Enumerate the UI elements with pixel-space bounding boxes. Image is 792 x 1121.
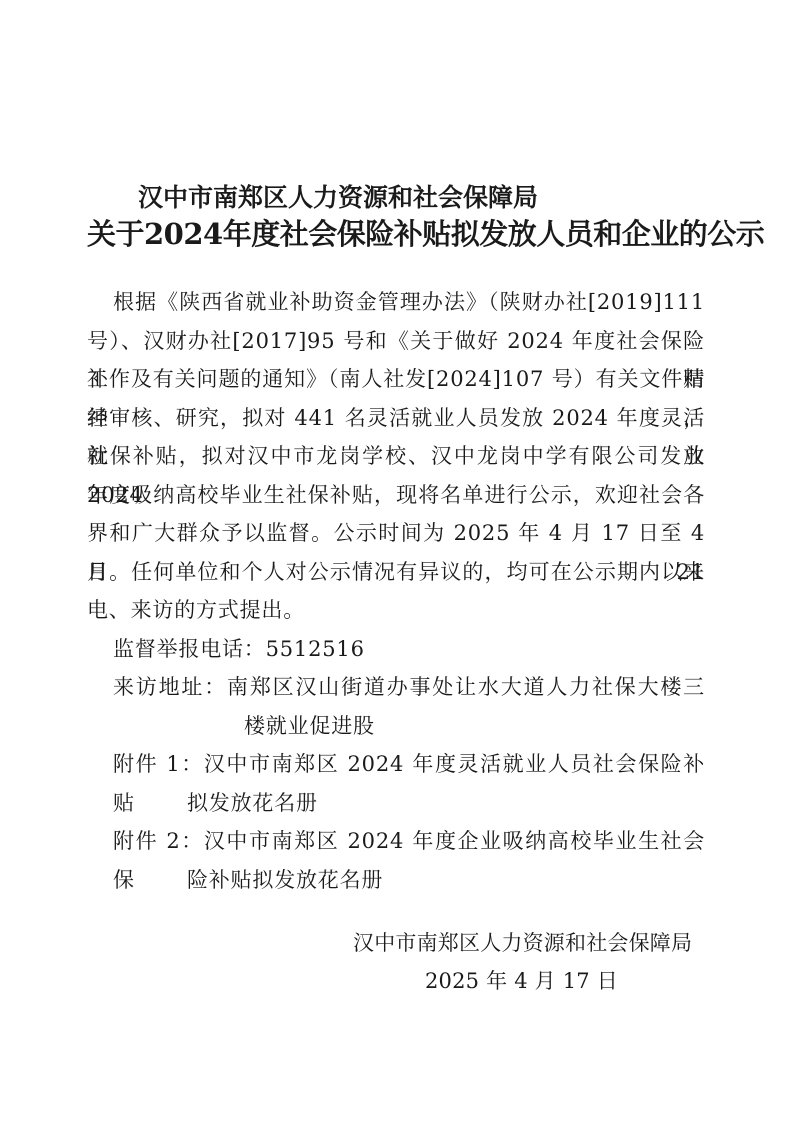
body-line-1: 根据《陕西省就业补助资金管理办法》（陕财办社[2019]111	[87, 283, 705, 322]
body-line-6: 年度吸纳高校毕业生社保补贴，现将名单进行公示，欢迎社会各	[87, 476, 705, 515]
notice-title-line2: 关于2024年度社会保险补贴拟发放人员和企业的公示	[87, 219, 764, 251]
body-line-5: 社保补贴，拟对汉中市龙岗学校、汉中龙岗中学有限公司发放 2024	[87, 437, 705, 476]
attachment2-line-1: 附件 2：汉中市南郑区 2024 年度企业吸纳高校毕业生社会保	[87, 822, 705, 861]
body-line-9: 电、来访的方式提出。	[87, 591, 705, 630]
body-line-8: 日。任何单位和个人对公示情况有异议的，均可在公示期内以来	[87, 553, 705, 592]
body-line-7: 界和广大群众予以监督。公示时间为 2025 年 4 月 17 日至 4 月 21	[87, 514, 705, 553]
address-line-1: 来访地址：南郑区汉山街道办事处让水大道人力社保大楼三	[87, 668, 705, 707]
body-line-4: 经审核、研究，拟对 441 名灵活就业人员发放 2024 年度灵活就业	[87, 399, 705, 438]
body-line-2: 号）、汉财办社[2017]95 号和《关于做好 2024 年度社会保险补贴	[87, 322, 705, 361]
attachment1-line-1: 附件 1：汉中市南郑区 2024 年度灵活就业人员社会保险补贴	[87, 745, 705, 784]
hotline-line: 监督举报电话：5512516	[87, 630, 705, 669]
address-line-2: 楼就业促进股	[87, 707, 705, 746]
signature-date: 2025 年 4 月 17 日	[425, 966, 618, 996]
body-line-3: 工作及有关问题的通知》（南人社发[2024]107 号）有关文件精神，	[87, 360, 705, 399]
notice-body: 根据《陕西省就业补助资金管理办法》（陕财办社[2019]111 号）、汉财办社[…	[87, 283, 705, 899]
attachment2-line-2: 险补贴拟发放花名册	[87, 861, 705, 900]
document-page: 汉中市南郑区人力资源和社会保障局 关于2024年度社会保险补贴拟发放人员和企业的…	[0, 0, 792, 1121]
signature-org: 汉中市南郑区人力资源和社会保障局	[353, 928, 692, 958]
attachment1-line-2: 拟发放花名册	[87, 784, 705, 823]
notice-title-line1: 汉中市南郑区人力资源和社会保障局	[138, 184, 538, 212]
